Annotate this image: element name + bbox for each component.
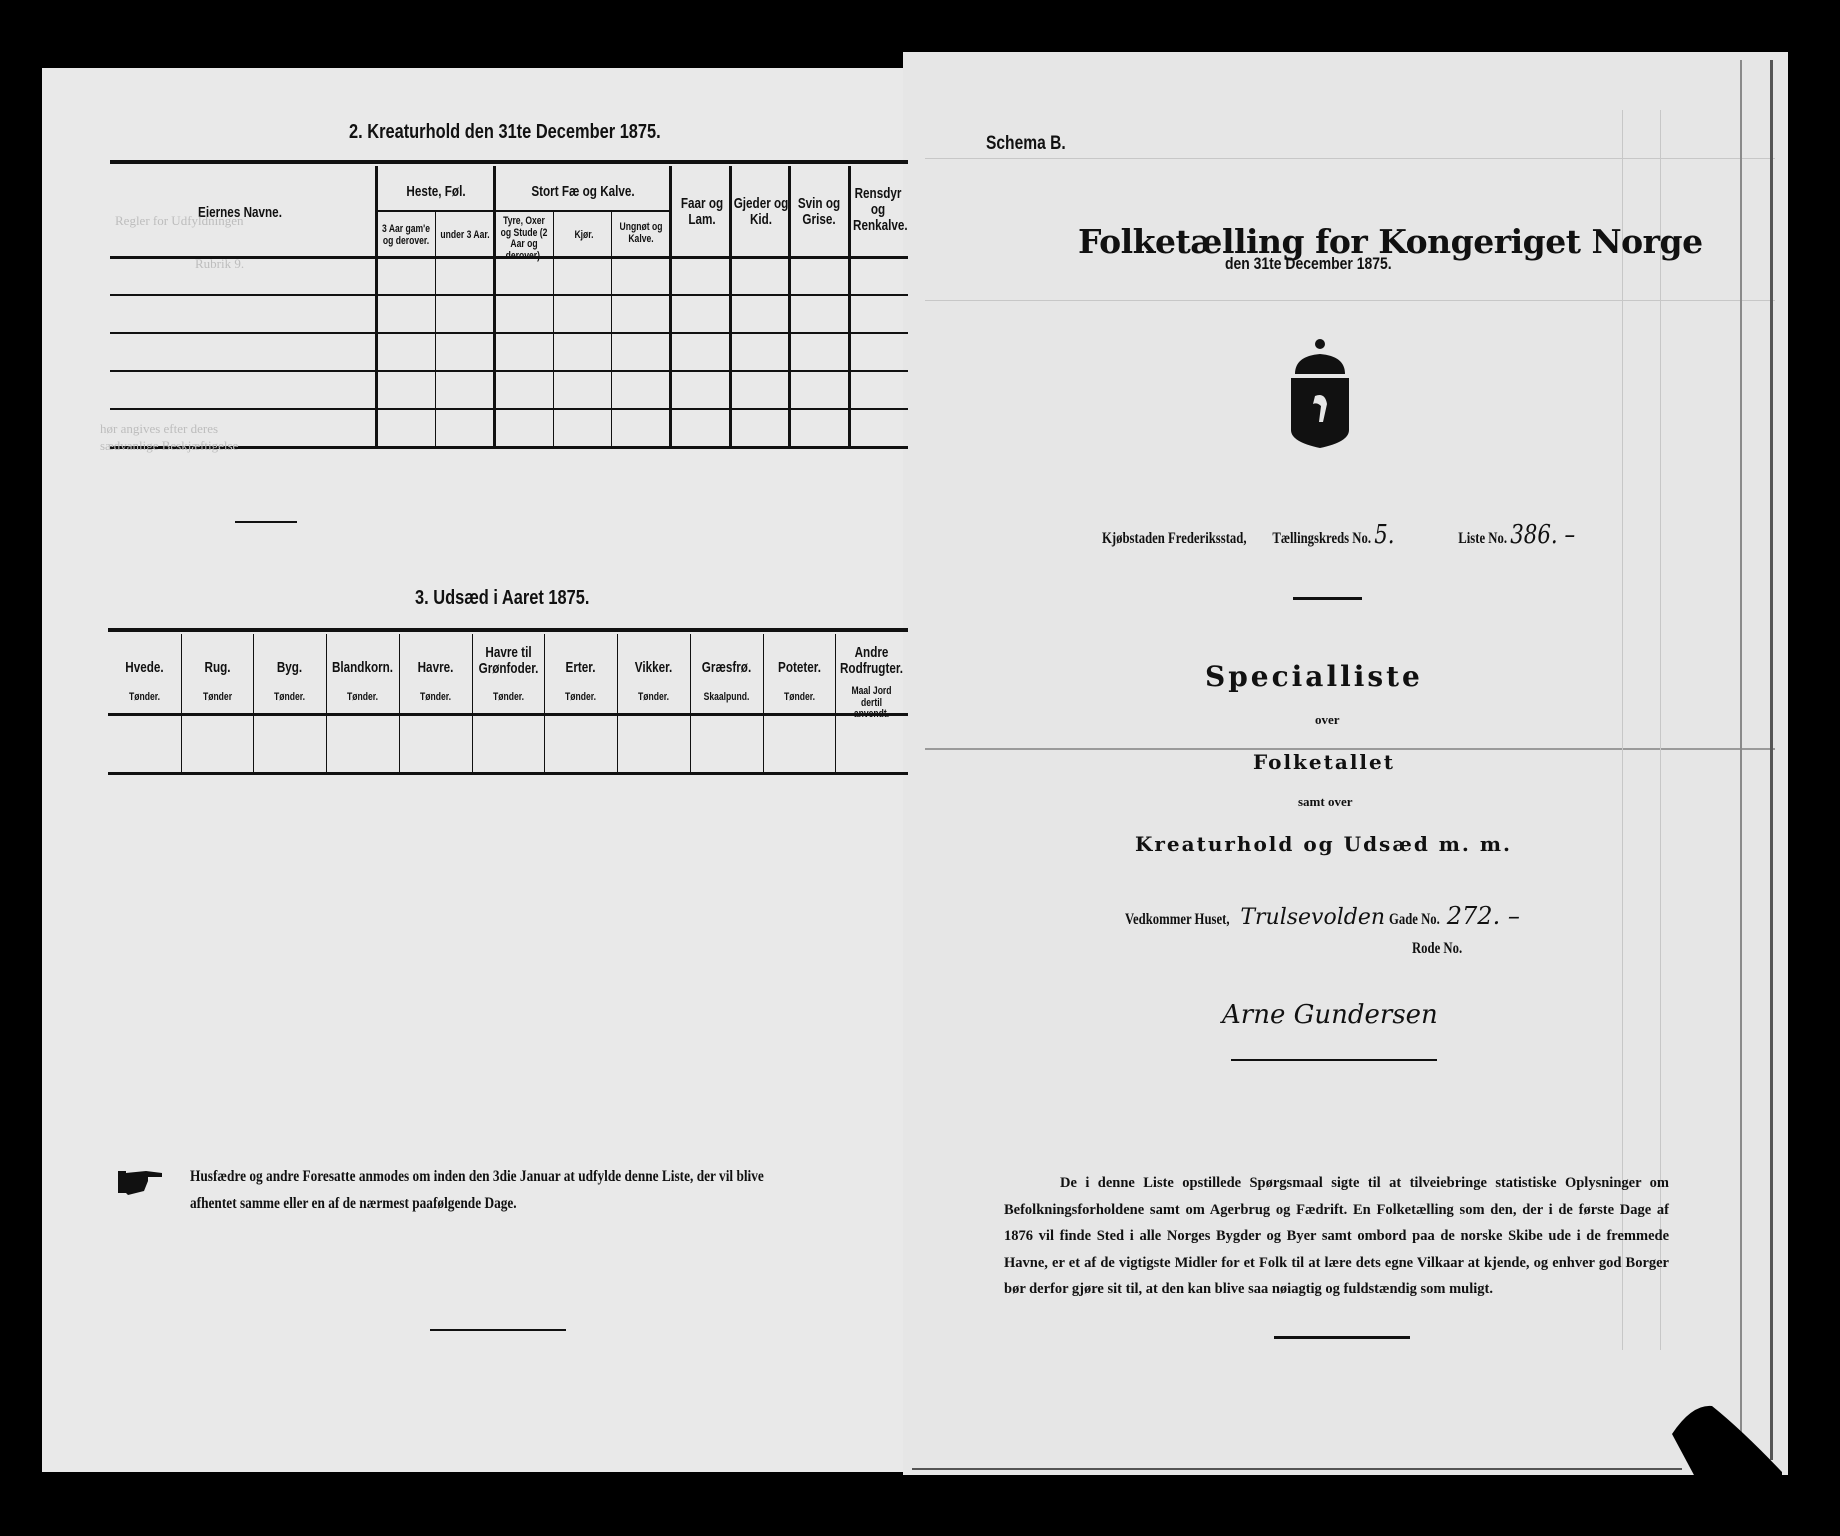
bleed-through-rule: [1622, 110, 1623, 1350]
udsaed-col-unit: Tønder.: [552, 692, 609, 704]
section-3-title: 3. Udsæd i Aaret 1875.: [415, 587, 589, 610]
table-col-rule: [493, 166, 496, 446]
reindeer-header: Rensdyr og Renkalve.: [853, 186, 903, 233]
udsaed-col-header: Havre til Grønfoder.: [475, 645, 541, 677]
udsaed-col-unit: Tønder.: [334, 692, 391, 704]
bleed-through-rule: [925, 300, 1775, 301]
torn-corner: [1672, 1400, 1792, 1495]
udsaed-col-unit: Tønder.: [261, 692, 318, 704]
horses-under3-header: under 3 Aar.: [439, 230, 490, 242]
town-label: Kjøbstaden Frederiksstad,: [1102, 530, 1247, 547]
bleed-through-text: Regler for Udfyldningen: [115, 212, 244, 229]
section-2-title: 2. Kreaturhold den 31te December 1875.: [349, 121, 661, 144]
district-label: Tællingskreds No.: [1272, 530, 1371, 547]
udsaed-col-unit: Tønder: [189, 692, 246, 704]
udsaed-col-header: Andre Rodfrugter.: [838, 645, 904, 677]
pointing-hand-icon: [118, 1167, 164, 1206]
udsaed-col-rule: [472, 634, 473, 772]
udsaed-col-header: Rug.: [184, 660, 250, 676]
table-col-rule: [848, 166, 851, 446]
page-edge-line: [1770, 60, 1773, 1460]
house-number-value[interactable]: 272. –: [1447, 902, 1520, 930]
pigs-header: Svin og Grise.: [793, 196, 844, 228]
signature[interactable]: Arne Gundersen: [1222, 1000, 1438, 1030]
udsaed-col-header: Byg.: [256, 660, 322, 676]
udsaed-col-unit: Maal Jord dertil anvendt.: [843, 686, 900, 721]
notice-line-2: afhentet samme eller en af de nærmest pa…: [190, 1190, 517, 1217]
udsaed-col-header: Blandkorn.: [329, 660, 395, 676]
schema-label: Schema B.: [986, 133, 1066, 155]
location-line: Kjøbstaden Frederiksstad, Tællingskreds …: [1102, 520, 1575, 550]
closing-divider-left: [430, 1329, 566, 1331]
storfe-subheader-rule: [494, 210, 670, 212]
udsaed-col-header: Poteter.: [766, 660, 832, 676]
table-col-rule: [788, 166, 791, 446]
rode-label: Rode No.: [1412, 940, 1462, 958]
goats-header: Gjeder og Kid.: [734, 196, 789, 228]
list-value[interactable]: 386. –: [1510, 520, 1575, 550]
udsaed-col-unit: Tønder.: [771, 692, 828, 704]
house-line: Vedkommer Huset, Trulsevolden Gade No. 2…: [1125, 902, 1520, 930]
udsaed-col-header: Erter.: [547, 660, 613, 676]
udsaed-col-rule: [399, 634, 400, 772]
divider: [1293, 597, 1362, 600]
street-suffix: Gade No.: [1389, 911, 1440, 929]
page-bottom-border: [912, 1468, 1682, 1470]
street-value[interactable]: Trulsevolden: [1240, 905, 1385, 930]
kreaturhold-udsaed-text: Kreaturhold og Udsæd m. m.: [1135, 832, 1512, 856]
table-col-rule: [553, 210, 554, 446]
udsaed-col-header: Vikker.: [620, 660, 686, 676]
udsaed-col-unit: Tønder.: [625, 692, 682, 704]
table-col-rule: [611, 210, 612, 446]
udsaed-top-rule: [108, 628, 908, 632]
signature-rule: [1231, 1059, 1437, 1061]
udsaed-col-unit: Tønder.: [407, 692, 464, 704]
young-cattle-header: Ungnøt og Kalve.: [618, 222, 663, 245]
udsaed-col-rule: [181, 634, 182, 772]
specialliste-heading: Specialliste: [1205, 660, 1423, 693]
udsaed-col-header: Græsfrø.: [693, 660, 759, 676]
cows-header: Kjør.: [562, 230, 606, 242]
udsaed-col-rule: [617, 634, 618, 772]
bulls-oxen-header: Tyre, Oxer og Stude (2 Aar og derover).: [497, 216, 550, 262]
udsaed-bottom-rule: [108, 772, 908, 775]
udsaed-col-rule: [835, 634, 836, 772]
udsaed-col-rule: [763, 634, 764, 772]
table-col-rule: [435, 210, 436, 446]
list-label: Liste No.: [1458, 530, 1507, 547]
udsaed-col-unit: Tønder.: [116, 692, 173, 704]
folketallet-text: Folketallet: [1253, 750, 1395, 774]
udsaed-col-header: Hvede.: [111, 660, 177, 676]
udsaed-header-rule: [108, 713, 908, 716]
bleed-through-text: hør angives efter deres sædvanlige Beskj…: [100, 420, 260, 454]
district-value[interactable]: 5.: [1374, 520, 1394, 550]
table-col-rule: [375, 166, 378, 446]
norwegian-coat-of-arms-icon: [1285, 338, 1355, 453]
house-label: Vedkommer Huset,: [1125, 911, 1230, 929]
horses-3yr-header: 3 Aar gam'e og derover.: [379, 224, 432, 247]
udsaed-col-rule: [253, 634, 254, 772]
bleed-through-text: Rubrik 9.: [195, 255, 244, 272]
section-divider: [235, 521, 297, 523]
table-top-rule: [110, 160, 908, 164]
udsaed-col-rule: [544, 634, 545, 772]
closing-divider-right: [1274, 1336, 1410, 1339]
udsaed-col-header: Havre.: [402, 660, 468, 676]
bleed-through-rule: [925, 158, 1775, 159]
samt-over-text: samt over: [1298, 794, 1353, 810]
sheep-header: Faar og Lam.: [672, 196, 731, 228]
bleed-through-rule: [1660, 110, 1661, 1350]
udsaed-col-unit: Skaalpund.: [698, 692, 755, 704]
udsaed-col-rule: [326, 634, 327, 772]
cattle-group-header: Stort Fæ og Kalve.: [515, 184, 651, 200]
over-text: over: [1315, 712, 1340, 728]
horses-group-header: Heste, Føl.: [391, 184, 481, 200]
udsaed-col-rule: [690, 634, 691, 772]
explanatory-paragraph: De i denne Liste opstillede Spørgsmaal s…: [1004, 1170, 1669, 1303]
left-page: [42, 68, 908, 1472]
document-date: den 31te December 1875.: [1225, 254, 1392, 274]
notice-line-1: Husfædre og andre Foresatte anmodes om i…: [190, 1163, 764, 1190]
udsaed-col-unit: Tønder.: [480, 692, 537, 704]
page-edge-line: [1740, 60, 1742, 1460]
